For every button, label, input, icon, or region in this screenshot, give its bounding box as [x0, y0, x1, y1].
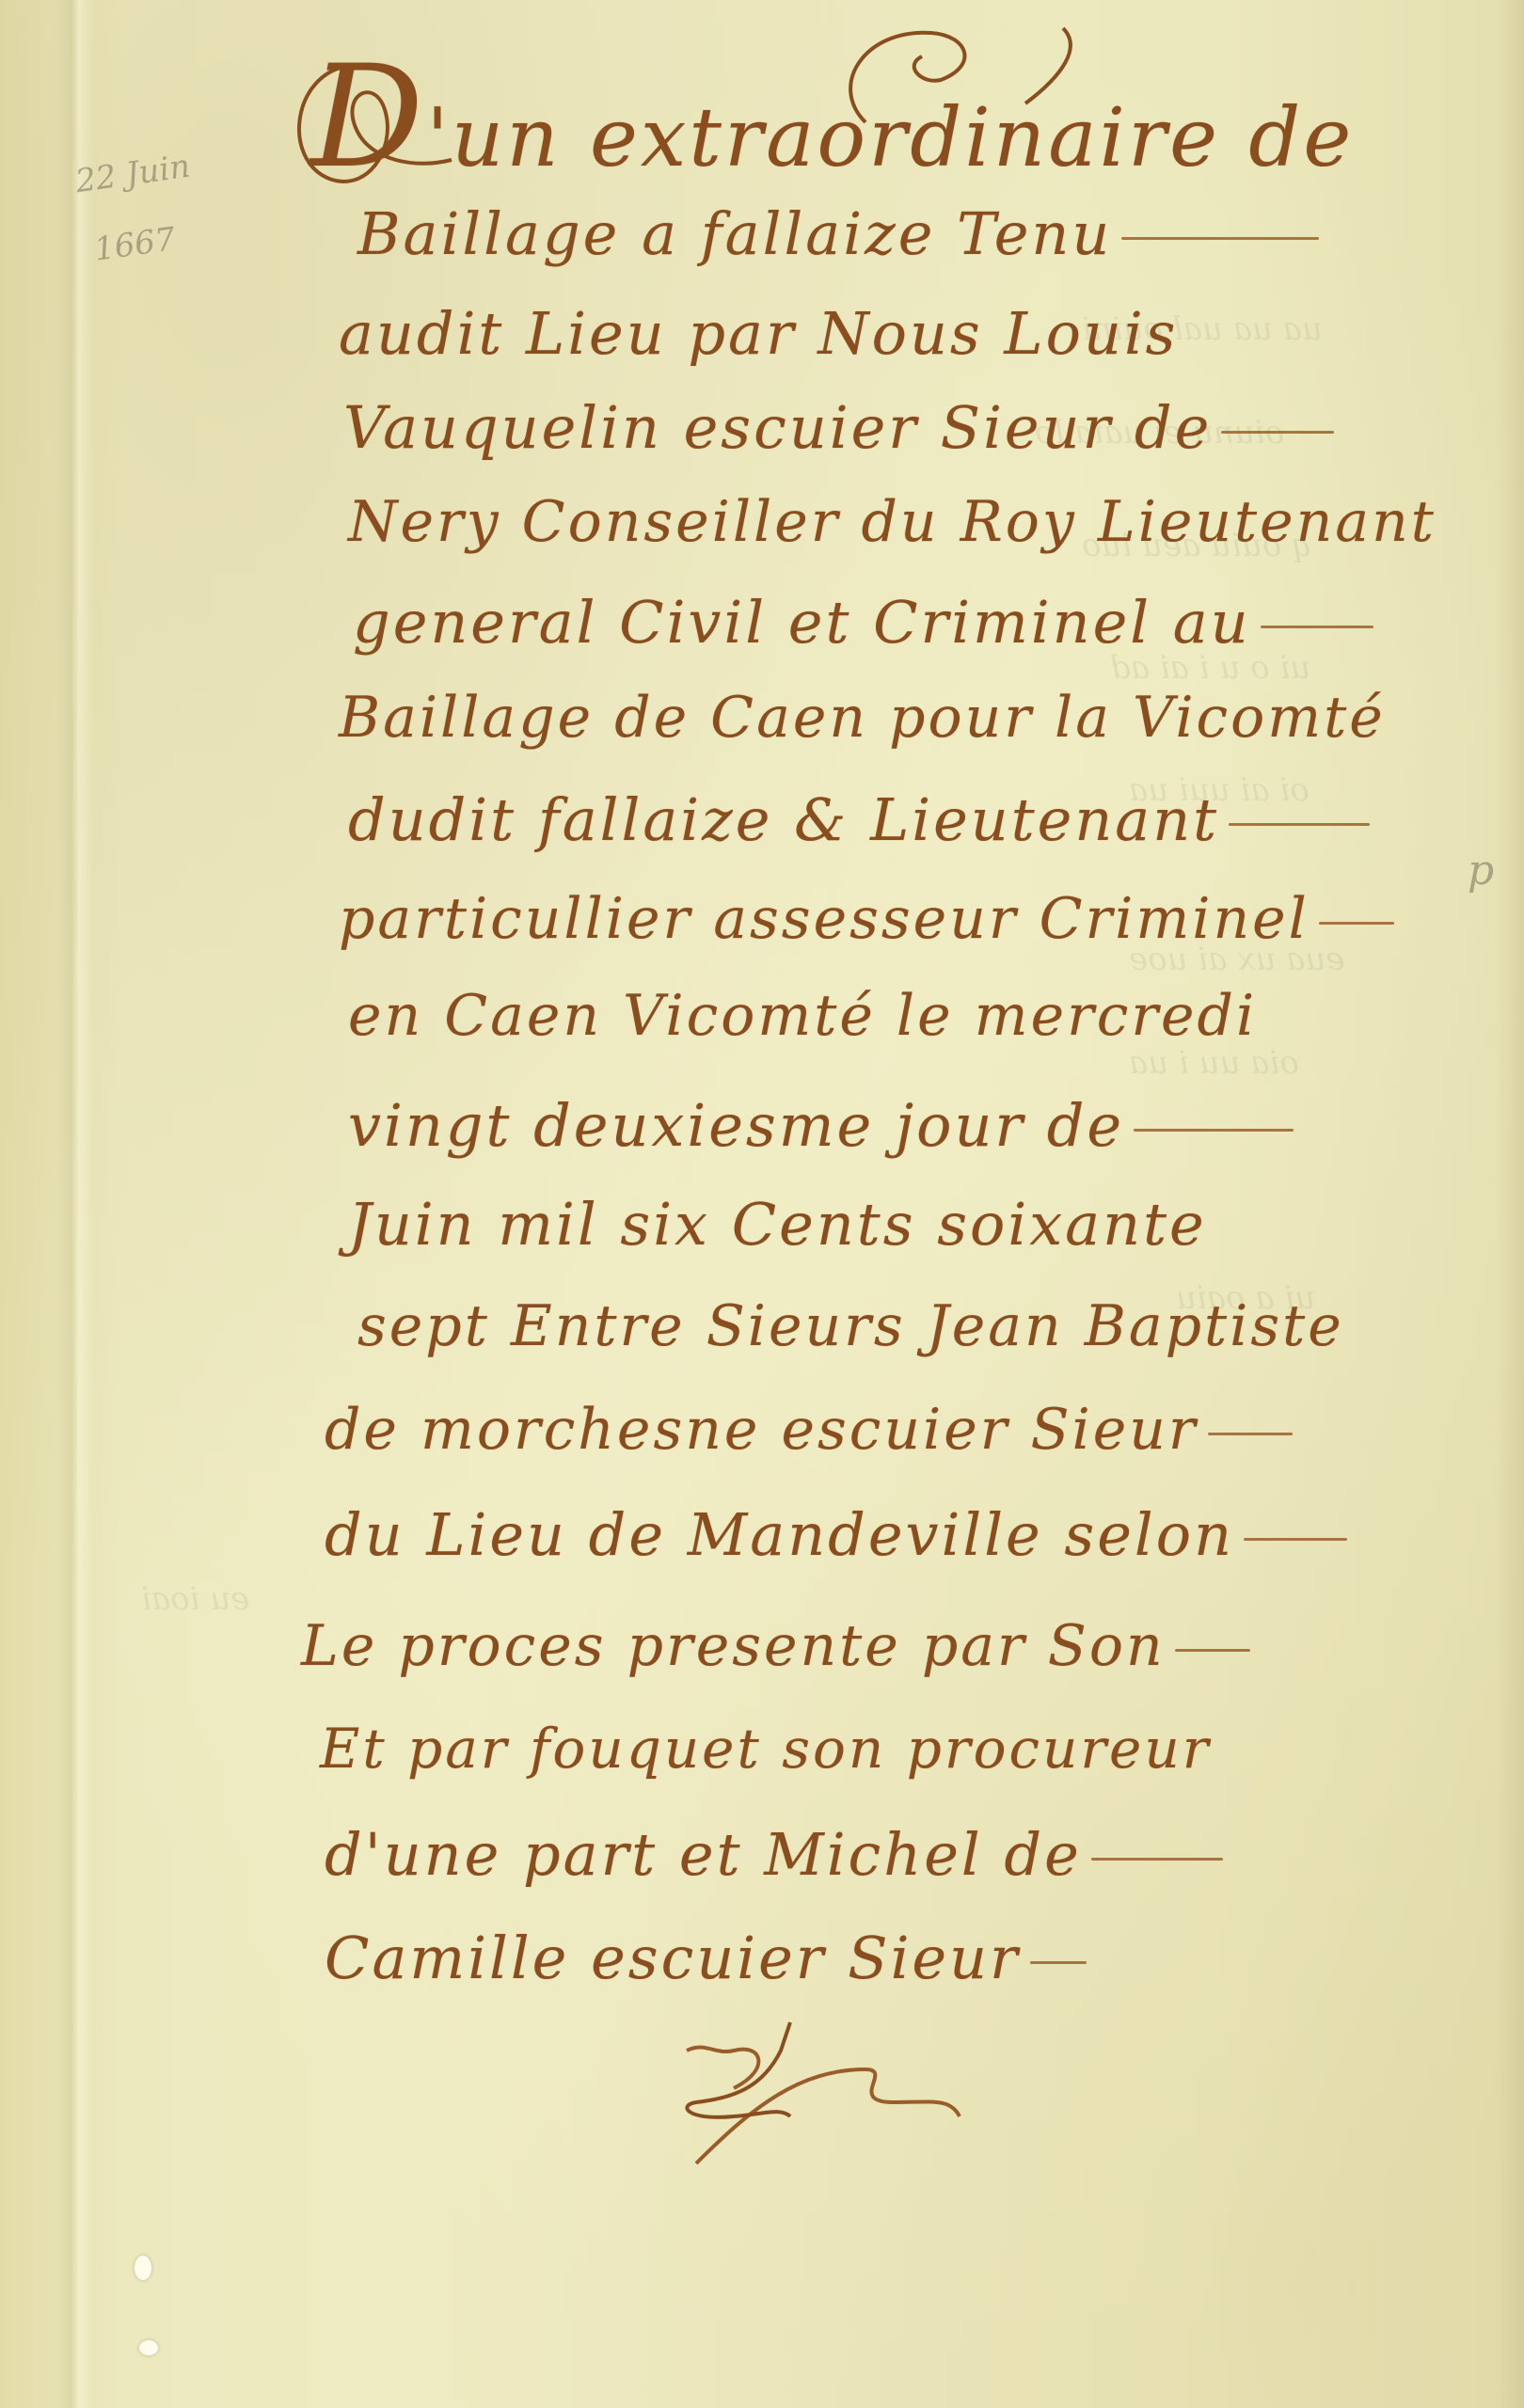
paper-fold — [56, 0, 94, 2408]
closing-signature-flourish-icon — [677, 2013, 1167, 2182]
line-end-flourish-icon — [687, 2047, 758, 2088]
manuscript-line-1: Baillage a fallaize Tenu — [357, 199, 1319, 268]
manuscript-line-16: Et par fouquet son procureur — [320, 1717, 1211, 1781]
manuscript-line-10: vingt deuxiesme jour de — [348, 1091, 1294, 1160]
manuscript-line-9: en Caen Vicomté le mercredi — [348, 983, 1257, 1049]
manuscript-line-6: Baillage de Caen pour la Vicomté — [339, 685, 1386, 751]
manuscript-line-3: Vauquelin escuier Sieur de — [343, 393, 1334, 462]
manuscript-line-11: Juin mil six Cents soixante — [348, 1190, 1207, 1259]
manuscript-line-17: d'une part et Michel de — [325, 1820, 1223, 1889]
date-line-flourish-icon — [687, 2022, 790, 2117]
right-margin-mark: p — [1468, 847, 1494, 895]
heading-ascender-flourish-icon — [828, 9, 1110, 141]
paper-hole — [139, 2340, 158, 2355]
heading-initial-flourish-icon — [282, 38, 527, 198]
manuscript-line-12: sept Entre Sieurs Jean Baptiste — [357, 1293, 1344, 1359]
manuscript-line-5: general Civil et Criminel au — [353, 588, 1373, 657]
manuscript-line-18: Camille escuier Sieur — [325, 1924, 1087, 1992]
paper-hole — [135, 2256, 151, 2280]
manuscript-line-2: audit Lieu par Nous Louis — [339, 299, 1178, 368]
parchment-page: ua ua ual ouini oiunu ei uaia lo q ouiu … — [0, 0, 1524, 2408]
margin-date-year: 1667 — [92, 220, 178, 269]
manuscript-line-15: Le proces presente par Son — [301, 1613, 1250, 1679]
manuscript-line-4: Nery Conseiller du Roy Lieutenant — [348, 489, 1437, 555]
manuscript-line-7: dudit fallaize & Lieutenant — [348, 785, 1370, 854]
bleed-through-text: oia uu i ua — [1129, 1044, 1299, 1082]
paper-edge-shadow — [1496, 0, 1524, 2408]
manuscript-line-14: du Lieu de Mandeville selon — [325, 1500, 1347, 1569]
manuscript-line-8: particullier assesseur Criminel — [339, 886, 1394, 952]
manuscript-line-13: de morchesne escuier Sieur — [325, 1397, 1293, 1463]
bleed-through-text: eu ioai — [141, 1580, 249, 1618]
